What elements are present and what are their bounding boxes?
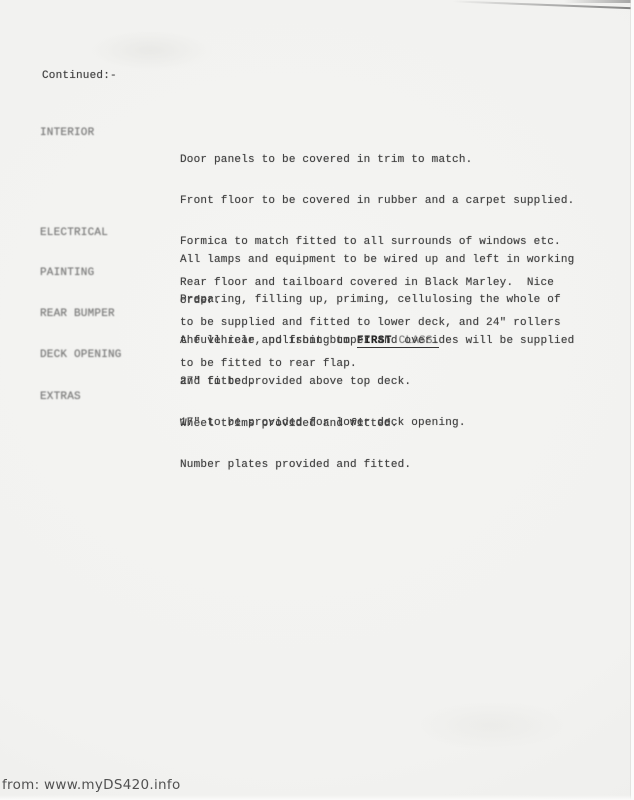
watermark-text: from: www.myDS420.info (2, 777, 181, 793)
continued-label: Continued:- (42, 70, 117, 84)
section-body: Wheel trims provided and fitted. Number … (180, 391, 411, 500)
section-line: Front floor to be covered in rubber and … (180, 195, 574, 209)
paper-stain (380, 690, 600, 760)
section-heading: EXTRAS (40, 391, 81, 405)
section-heading: DECK OPENING (40, 349, 122, 363)
scan-corner-artifact (564, 0, 634, 3)
scan-bottom-band (0, 795, 634, 800)
section-heading: ELECTRICAL (40, 227, 108, 241)
section-line: Number plates provided and fitted. (180, 459, 411, 473)
section-line: A full rear and front bumper and overide… (180, 335, 574, 349)
section-line: Door panels to be covered in trim to mat… (180, 154, 574, 168)
section-heading: INTERIOR (40, 127, 94, 141)
section-heading: PAINTING (40, 267, 94, 281)
section-line: All lamps and equipment to be wired up a… (180, 254, 574, 268)
section-heading: REAR BUMPER (40, 308, 115, 322)
scanned-page: Continued:- INTERIOR Door panels to be c… (0, 0, 634, 800)
section-line: Preparing, filling up, priming, cellulos… (180, 294, 561, 308)
section-line: Wheel trims provided and fitted. (180, 418, 411, 432)
section-line: 27" to be provided above top deck. (180, 376, 466, 390)
